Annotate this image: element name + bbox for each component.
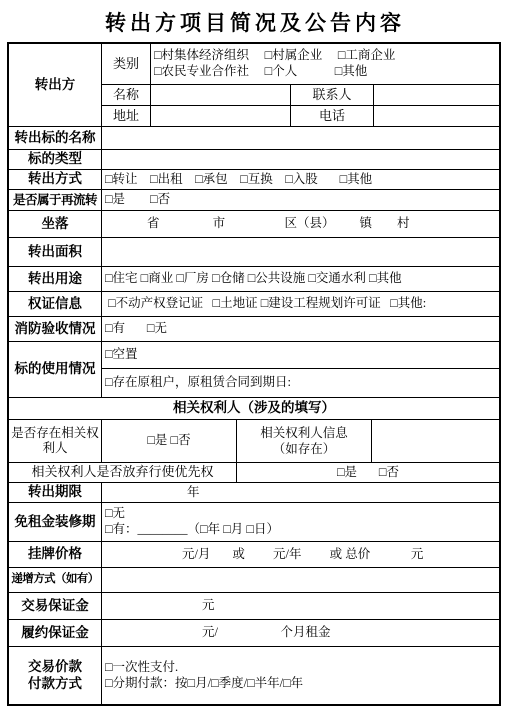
- form-page: 转出方项目简况及公告内容 转出方 类别 □村集体经济组织 □村属企业 □工商企业…: [0, 0, 510, 725]
- trade-deposit-row: 交易保证金 元: [9, 592, 499, 619]
- target-type-label: 标的类型: [9, 150, 101, 169]
- usage-label: 转出用途: [9, 267, 101, 291]
- rights-info-label-line2: （如存在）: [273, 441, 336, 457]
- rights-info-label: 相关权利人信息 （如存在）: [236, 420, 371, 462]
- rent-free-option-none[interactable]: □无: [105, 506, 125, 522]
- payment-method-label-line2: 付款方式: [28, 676, 82, 692]
- increment-field[interactable]: [101, 568, 499, 592]
- usage-status-vacant-row: □空置: [102, 342, 499, 368]
- rent-free-options: □无 □有：________（□年 □月 □日）: [101, 503, 499, 541]
- category-options-line1[interactable]: □村集体经济组织 □村属企业 □工商企业: [154, 48, 395, 64]
- usage-status-tenant-row: □存在原租户，原租赁合同到期日:: [102, 368, 499, 397]
- rights-exist-label: 是否存在相关权利人: [9, 420, 101, 462]
- address-row: 地址 电话: [102, 105, 499, 126]
- transferor-block: 转出方 类别 □村集体经济组织 □村属企业 □工商企业 □农民专业合作社 □个人…: [9, 44, 499, 126]
- target-type-row: 标的类型: [9, 149, 499, 169]
- payment-method-row: 交易价款 付款方式 □一次性支付. □分期付款：按□月/□季度/□半年/□年: [9, 646, 499, 704]
- rights-info-field[interactable]: [371, 420, 499, 462]
- rights-header-row: 相关权利人（涉及的填写）: [9, 397, 499, 419]
- contact-label: 联系人: [290, 85, 373, 105]
- term-row: 转出期限 年: [9, 482, 499, 502]
- rights-info-label-line1: 相关权利人信息: [260, 425, 348, 441]
- payment-option-lump-sum[interactable]: □一次性支付.: [105, 660, 178, 676]
- address-label: 地址: [102, 106, 150, 126]
- rights-exist-row: 是否存在相关权利人 □是 □否 相关权利人信息 （如存在）: [9, 419, 499, 462]
- location-row: 坐落 省 市 区（县） 镇 村: [9, 210, 499, 237]
- name-label: 名称: [102, 85, 150, 105]
- usage-status-sub: □空置 □存在原租户，原租赁合同到期日:: [101, 342, 499, 397]
- rent-free-row: 免租金装修期 □无 □有：________（□年 □月 □日）: [9, 502, 499, 541]
- rights-header: 相关权利人（涉及的填写）: [9, 398, 499, 419]
- payment-method-options: □一次性支付. □分期付款：按□月/□季度/□半年/□年: [101, 647, 499, 704]
- fire-check-options[interactable]: □有 □无: [101, 317, 499, 341]
- recirculation-options[interactable]: □是 □否: [101, 190, 499, 210]
- transferor-label: 转出方: [9, 44, 101, 126]
- contact-value-field[interactable]: [373, 85, 499, 105]
- transfer-method-label: 转出方式: [9, 170, 101, 189]
- certificate-options[interactable]: □不动产权登记证 □土地证 □建设工程规划许可证 □其他:: [101, 292, 499, 316]
- increment-label: 递增方式（如有）: [9, 568, 101, 592]
- name-value-field[interactable]: [150, 85, 290, 105]
- usage-status-tenant-option[interactable]: □存在原租户，原租赁合同到期日:: [102, 369, 499, 397]
- rights-waiver-row: 相关权利人是否放弃行使优先权 □是 □否: [9, 462, 499, 482]
- fire-check-label: 消防验收情况: [9, 317, 101, 341]
- category-options-line2[interactable]: □农民专业合作社 □个人 □其他: [154, 64, 367, 80]
- listing-price-row: 挂牌价格 元/月 或 元/年 或 总价 元: [9, 541, 499, 567]
- target-type-field[interactable]: [101, 150, 499, 169]
- form-table: 转出方 类别 □村集体经济组织 □村属企业 □工商企业 □农民专业合作社 □个人…: [7, 42, 501, 706]
- usage-status-vacant-option[interactable]: □空置: [102, 342, 499, 368]
- certificate-label: 权证信息: [9, 292, 101, 316]
- increment-row: 递增方式（如有）: [9, 567, 499, 592]
- recirculation-label: 是否属于再流转: [9, 190, 101, 210]
- location-label: 坐落: [9, 211, 101, 237]
- recirculation-row: 是否属于再流转 □是 □否: [9, 189, 499, 210]
- trade-deposit-label: 交易保证金: [9, 593, 101, 619]
- rent-free-label: 免租金装修期: [9, 503, 101, 541]
- certificate-row: 权证信息 □不动产权登记证 □土地证 □建设工程规划许可证 □其他:: [9, 291, 499, 316]
- rights-waiver-label: 相关权利人是否放弃行使优先权: [9, 463, 236, 482]
- area-label: 转出面积: [9, 238, 101, 266]
- usage-options[interactable]: □住宅 □商业 □厂房 □仓储 □公共设施 □交通水利 □其他: [101, 267, 499, 291]
- phone-value-field[interactable]: [373, 106, 499, 126]
- phone-label: 电话: [290, 106, 373, 126]
- listing-price-field[interactable]: 元/月 或 元/年 或 总价 元: [101, 542, 499, 567]
- location-field[interactable]: 省 市 区（县） 镇 村: [101, 211, 499, 237]
- rights-waiver-options[interactable]: □是 □否: [236, 463, 499, 482]
- category-label: 类别: [102, 44, 150, 84]
- usage-status-label: 标的使用情况: [9, 342, 101, 397]
- transfer-method-row: 转出方式 □转让 □出租 □承包 □互换 □入股 □其他: [9, 169, 499, 189]
- fire-check-row: 消防验收情况 □有 □无: [9, 316, 499, 341]
- rent-free-option-has[interactable]: □有：________（□年 □月 □日）: [105, 522, 279, 538]
- target-name-label: 转出标的名称: [9, 127, 101, 149]
- listing-price-label: 挂牌价格: [9, 542, 101, 567]
- category-options: □村集体经济组织 □村属企业 □工商企业 □农民专业合作社 □个人 □其他: [150, 44, 499, 84]
- performance-deposit-field[interactable]: 元/ 个月租金: [101, 620, 499, 646]
- rights-exist-options[interactable]: □是 □否: [101, 420, 236, 462]
- payment-option-installment[interactable]: □分期付款：按□月/□季度/□半年/□年: [105, 676, 303, 692]
- term-field[interactable]: 年: [101, 483, 499, 502]
- transfer-method-options[interactable]: □转让 □出租 □承包 □互换 □入股 □其他: [101, 170, 499, 189]
- payment-method-label: 交易价款 付款方式: [9, 647, 101, 704]
- category-row: 类别 □村集体经济组织 □村属企业 □工商企业 □农民专业合作社 □个人 □其他: [102, 44, 499, 84]
- payment-method-label-line1: 交易价款: [28, 659, 82, 675]
- area-field[interactable]: [101, 238, 499, 266]
- name-row: 名称 联系人: [102, 84, 499, 105]
- page-title: 转出方项目简况及公告内容: [0, 8, 510, 40]
- target-name-row: 转出标的名称: [9, 126, 499, 149]
- area-row: 转出面积: [9, 237, 499, 266]
- address-value-field[interactable]: [150, 106, 290, 126]
- performance-deposit-label: 履约保证金: [9, 620, 101, 646]
- target-name-field[interactable]: [101, 127, 499, 149]
- usage-row: 转出用途 □住宅 □商业 □厂房 □仓储 □公共设施 □交通水利 □其他: [9, 266, 499, 291]
- term-label: 转出期限: [9, 483, 101, 502]
- performance-deposit-row: 履约保证金 元/ 个月租金: [9, 619, 499, 646]
- usage-status-block: 标的使用情况 □空置 □存在原租户，原租赁合同到期日:: [9, 341, 499, 397]
- transferor-sub: 类别 □村集体经济组织 □村属企业 □工商企业 □农民专业合作社 □个人 □其他…: [101, 44, 499, 126]
- trade-deposit-field[interactable]: 元: [101, 593, 499, 619]
